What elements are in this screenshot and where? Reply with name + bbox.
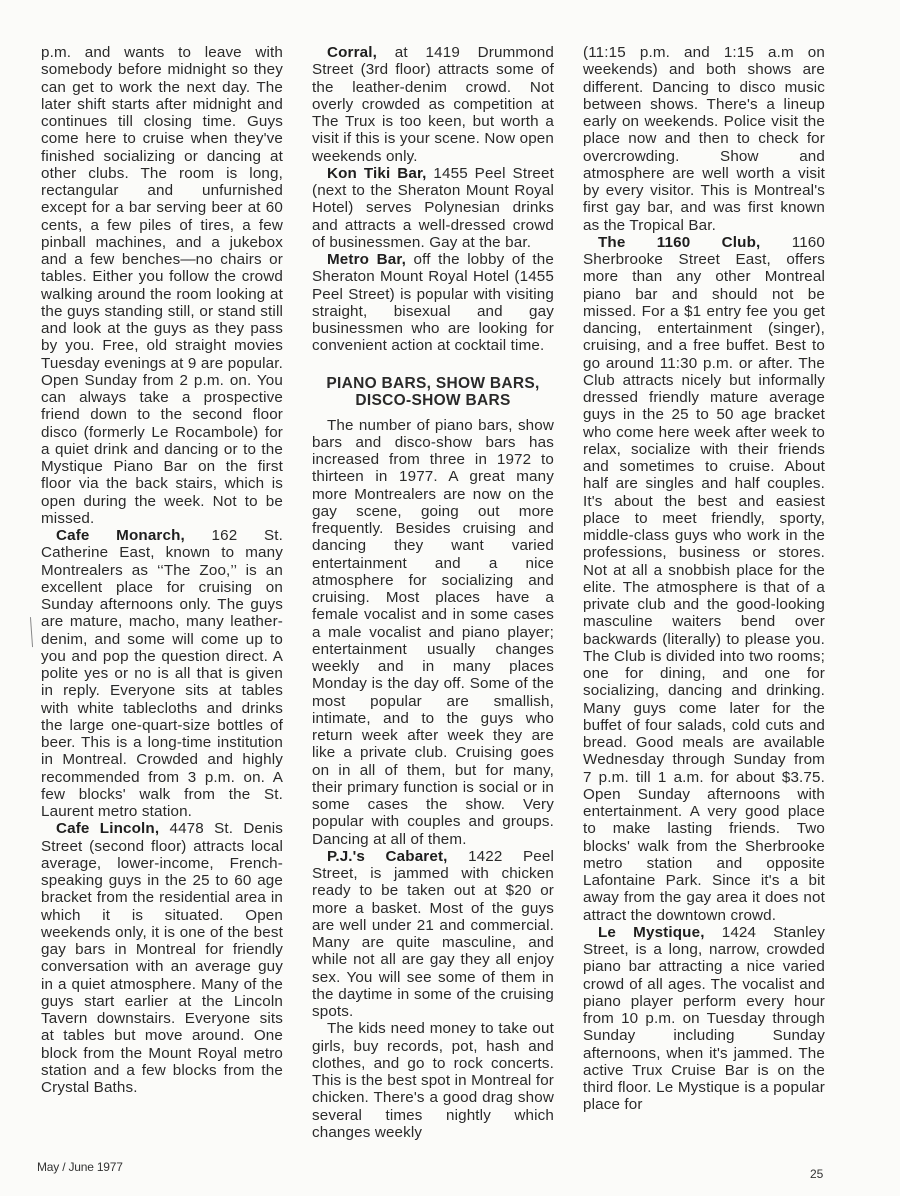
paragraph: (11:15 p.m. and 1:15 a.m on weekends) an…	[583, 44, 825, 234]
paragraph-pjs-cabaret: P.J.'s Cabaret, 1422 Peel Street, is jam…	[312, 848, 554, 1021]
venue-name: Kon Tiki Bar,	[327, 165, 427, 182]
paragraph-le-mystique: Le Mystique, 1424 Stanley Street, is a l…	[583, 924, 825, 1114]
paragraph-text: 162 St. Catherine East, known to many Mo…	[41, 527, 283, 820]
venue-name: The 1160 Club,	[598, 234, 760, 251]
venue-name: Cafe Lincoln,	[56, 820, 159, 837]
venue-name: P.J.'s Cabaret,	[327, 848, 448, 865]
section-heading: PIANO BARS, SHOW BARS, DISCO-SHOW BARS	[312, 375, 554, 409]
paragraph-text: p.m. and wants to leave with somebody be…	[41, 44, 283, 527]
paragraph-text: (11:15 p.m. and 1:15 a.m on weekends) an…	[583, 44, 825, 234]
paragraph-text: The number of piano bars, show bars and …	[312, 417, 554, 848]
paragraph-cafe-monarch: Cafe Monarch, 162 St. Catherine East, kn…	[41, 527, 283, 820]
venue-name: Corral,	[327, 44, 377, 61]
page-number: 25	[810, 1167, 823, 1181]
pencil-margin-mark	[30, 617, 36, 647]
paragraph-1160-club: The 1160 Club, 1160 Sherbrooke Street Ea…	[583, 234, 825, 924]
paragraph-text: 1160 Sherbrooke Street East, offers more…	[583, 234, 825, 924]
venue-name: Metro Bar,	[327, 251, 406, 268]
paragraph-text: at 1419 Drummond Street (3rd floor) attr…	[312, 44, 554, 165]
paragraph-kon-tiki: Kon Tiki Bar, 1455 Peel Street (next to …	[312, 165, 554, 251]
column-left: p.m. and wants to leave with somebody be…	[41, 44, 283, 1096]
footer-issue-date: May / June 1977	[37, 1160, 123, 1174]
paragraph-intro: The number of piano bars, show bars and …	[312, 417, 554, 848]
paragraph: p.m. and wants to leave with somebody be…	[41, 44, 283, 527]
paragraph-corral: Corral, at 1419 Drummond Street (3rd flo…	[312, 44, 554, 165]
paragraph-cafe-lincoln: Cafe Lincoln, 4478 St. Denis Street (sec…	[41, 820, 283, 1096]
column-middle: Corral, at 1419 Drummond Street (3rd flo…	[312, 44, 554, 1141]
section-heading-line-1: PIANO BARS, SHOW BARS,	[312, 375, 554, 392]
paragraph-text: 1424 Stanley Street, is a long, narrow, …	[583, 924, 825, 1114]
column-right: (11:15 p.m. and 1:15 a.m on weekends) an…	[583, 44, 825, 1114]
paragraph: The kids need money to take out girls, b…	[312, 1020, 554, 1141]
paragraph-metro-bar: Metro Bar, off the lobby of the Sheraton…	[312, 251, 554, 355]
paragraph-text: The kids need money to take out girls, b…	[312, 1020, 554, 1141]
paragraph-text: 4478 St. Denis Street (second floor) att…	[41, 820, 283, 1096]
venue-name: Le Mystique,	[598, 924, 705, 941]
paragraph-text: 1422 Peel Street, is jammed with chicken…	[312, 848, 554, 1020]
venue-name: Cafe Monarch,	[56, 527, 185, 544]
section-heading-line-2: DISCO-SHOW BARS	[312, 392, 554, 409]
